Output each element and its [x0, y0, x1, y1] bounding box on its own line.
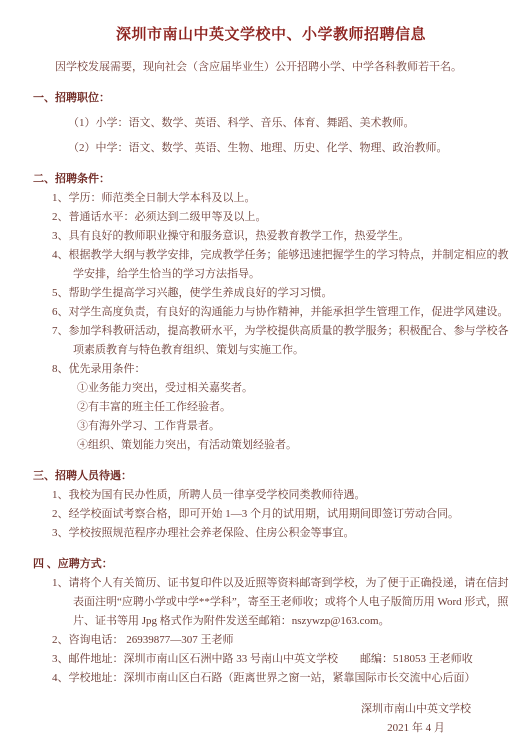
list-item: 6、对学生高度负责，有良好的沟通能力与协作精神，并能承担学生管理工作，促进学风建…	[33, 303, 519, 322]
section-requirements: 二、招聘条件： 1、学历：师范类全日制大学本科及以上。 2、普通话水平：必须达到…	[33, 170, 519, 455]
page-title: 深圳市南山中英文学校中、小学教师招聘信息	[23, 24, 519, 46]
list-subitem: ③有海外学习、工作背景者。	[33, 417, 519, 436]
list-subitem: ①业务能力突出，受过相关嘉奖者。	[33, 379, 519, 398]
list-item: 2、咨询电话： 26939877—307 王老师	[33, 631, 519, 650]
section-benefits: 三、招聘人员待遇： 1、我校为国有民办性质，所聘人员一律享受学校同类教师待遇。 …	[33, 467, 519, 543]
list-item: 5、帮助学生提高学习兴趣，使学生养成良好的学习习惯。	[33, 284, 519, 303]
list-item: 4、学校地址：深圳市南山区白石路（距离世界之窗一站，紧靠国际市长交流中心后面）	[33, 669, 519, 688]
signature-block: 深圳市南山中英文学校 2021 年 4 月	[361, 700, 471, 738]
list-subitem: ④组织、策划能力突出，有活动策划经验者。	[33, 436, 519, 455]
signature-school: 深圳市南山中英文学校	[361, 700, 471, 719]
section-3-heading: 三、招聘人员待遇：	[33, 467, 519, 486]
list-item: 8、优先录用条件：	[33, 360, 519, 379]
list-item: 4、根据教学大纲与教学安排，完成教学任务；能够迅速把握学生的学习特点，并制定相应…	[33, 246, 519, 284]
document-page: 深圳市南山中英文学校中、小学教师招聘信息 因学校发展需要，现向社会（含应届毕业生…	[0, 0, 531, 751]
list-item: 3、具有良好的教师职业操守和服务意识，热爱教育教学工作，热爱学生。	[33, 227, 519, 246]
list-item: 3、邮件地址：深圳市南山区石洲中路 33 号南山中英文学校 邮编：518053 …	[33, 650, 519, 669]
section-4-heading: 四 、应聘方式：	[33, 555, 519, 574]
list-item: 1、请将个人有关简历、证书复印件以及近照等资料邮寄到学校，为了便于正确投递，请在…	[33, 574, 519, 631]
list-item: 3、学校按照规范程序办理社会养老保险、住房公积金等事宜。	[33, 524, 519, 543]
list-item: 2、普通话水平：必须达到二级甲等及以上。	[33, 208, 519, 227]
section-application: 四 、应聘方式： 1、请将个人有关简历、证书复印件以及近照等资料邮寄到学校，为了…	[33, 555, 519, 688]
section-2-heading: 二、招聘条件：	[33, 170, 519, 189]
list-item: （1）小学：语文、数学、英语、科学、音乐、体育、舞蹈、美术教师。	[33, 114, 519, 133]
list-item: 1、学历：师范类全日制大学本科及以上。	[33, 189, 519, 208]
list-item: 2、经学校面试考察合格，即可开始 1—3 个月的试用期，试用期间即签订劳动合同。	[33, 505, 519, 524]
section-1-heading: 一、招聘职位：	[33, 89, 519, 108]
list-subitem: ②有丰富的班主任工作经验者。	[33, 398, 519, 417]
signature-date: 2021 年 4 月	[361, 719, 471, 738]
section-positions: 一、招聘职位： （1）小学：语文、数学、英语、科学、音乐、体育、舞蹈、美术教师。…	[33, 89, 519, 158]
list-item: 1、我校为国有民办性质，所聘人员一律享受学校同类教师待遇。	[33, 486, 519, 505]
intro-paragraph: 因学校发展需要，现向社会（含应届毕业生）公开招聘小学、中学各科教师若干名。	[33, 58, 519, 77]
list-item: 7、参加学科教研活动，提高教研水平，为学校提供高质量的教学服务；积极配合、参与学…	[33, 322, 519, 360]
list-item: （2）中学：语文、数学、英语、生物、地理、历史、化学、物理、政治教师。	[33, 139, 519, 158]
